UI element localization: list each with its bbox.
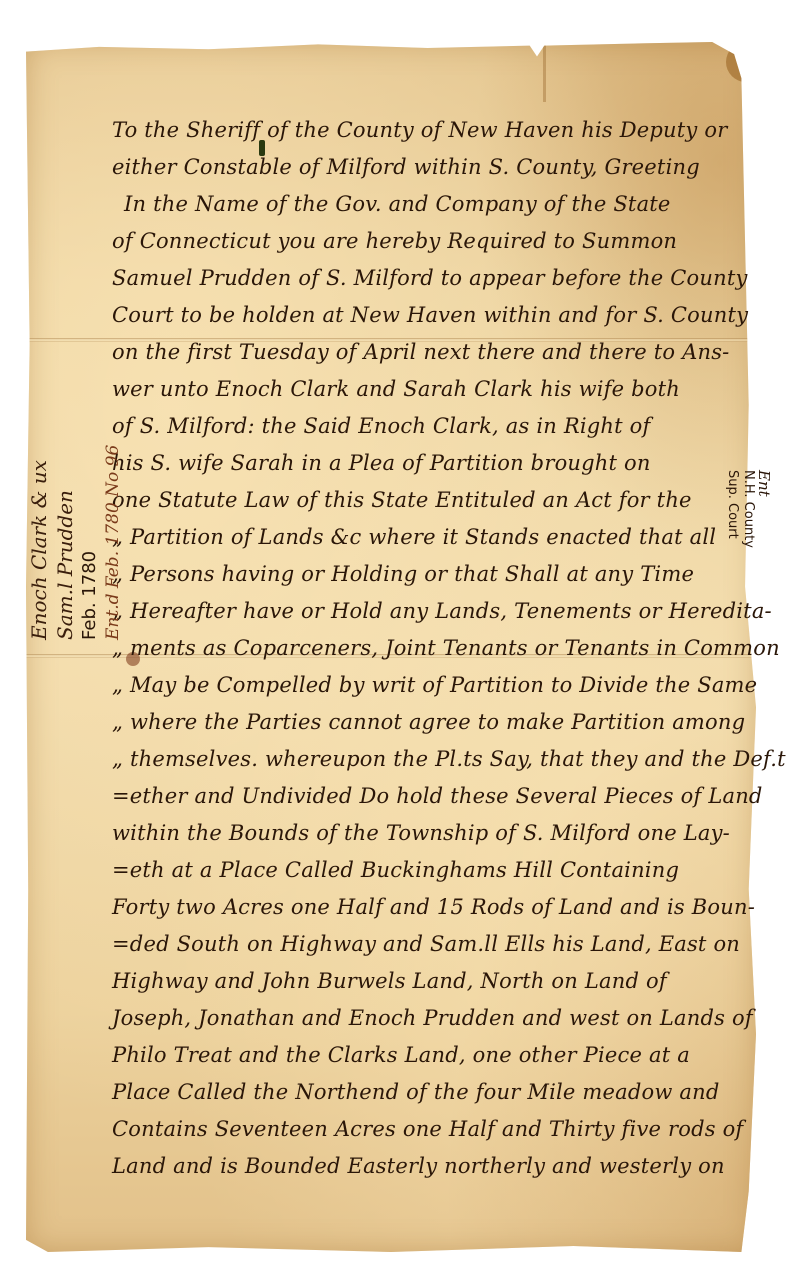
text-line: Joseph, Jonathan and Enoch Prudden and w… (112, 1000, 752, 1037)
right-note-court: Sup. Court (724, 470, 740, 650)
text-line: „ Persons having or Holding or that Shal… (112, 556, 752, 593)
text-line: Place Called the Northend of the four Mi… (112, 1074, 752, 1111)
right-margin-note: Ent N.H. County Sup. Court (732, 470, 772, 650)
text-line: =ded South on Highway and Sam.ll Ells hi… (112, 926, 752, 963)
document-body: To the Sheriff of the County of New Have… (112, 112, 752, 1185)
right-note-entered: Ent (756, 470, 772, 650)
text-line: „ where the Parties cannot agree to make… (112, 704, 752, 741)
text-line: „ Hereafter have or Hold any Lands, Tene… (112, 593, 752, 630)
text-line: „ ments as Coparceners, Joint Tenants or… (112, 630, 752, 667)
text-line: To the Sheriff of the County of New Have… (112, 112, 752, 149)
text-line: Samuel Prudden of S. Milford to appear b… (112, 260, 752, 297)
text-line: one Statute Law of this State Entituled … (112, 482, 752, 519)
corner-stain (726, 42, 766, 82)
text-line: of S. Milford: the Said Enoch Clark, as … (112, 408, 752, 445)
edge-tear (543, 42, 546, 102)
docket-defendant: Sam.l Prudden (52, 380, 78, 640)
docket-entry: Ent.d Feb. 1780 No 96 (102, 380, 124, 640)
text-line: of Connecticut you are hereby Required t… (112, 223, 752, 260)
text-line: within the Bounds of the Township of S. … (112, 815, 752, 852)
text-line: Contains Seventeen Acres one Half and Th… (112, 1111, 752, 1148)
text-line: =eth at a Place Called Buckinghams Hill … (112, 852, 752, 889)
text-line: In the Name of the Gov. and Company of t… (112, 186, 752, 223)
docket-plaintiff: Enoch Clark & ux (26, 380, 52, 640)
right-note-county: N.H. County (740, 470, 756, 650)
text-line: „ Partition of Lands &c where it Stands … (112, 519, 752, 556)
docket-date: Feb. 1780 (78, 380, 102, 640)
text-line: Land and is Bounded Easterly northerly a… (112, 1148, 752, 1185)
text-line: Highway and John Burwels Land, North on … (112, 963, 752, 1000)
text-line: on the first Tuesday of April next there… (112, 334, 752, 371)
text-line: either Constable of Milford within S. Co… (112, 149, 752, 186)
text-line: =ether and Undivided Do hold these Sever… (112, 778, 752, 815)
text-line: wer unto Enoch Clark and Sarah Clark his… (112, 371, 752, 408)
text-line: Philo Treat and the Clarks Land, one oth… (112, 1037, 752, 1074)
text-line: Court to be holden at New Haven within a… (112, 297, 752, 334)
text-line: his S. wife Sarah in a Plea of Partition… (112, 445, 752, 482)
text-line: „ May be Compelled by writ of Partition … (112, 667, 752, 704)
text-line: „ themselves. whereupon the Pl.ts Say, t… (112, 741, 752, 778)
text-line: Forty two Acres one Half and 15 Rods of … (112, 889, 752, 926)
left-margin-docket: Enoch Clark & ux Sam.l Prudden Feb. 1780… (26, 380, 136, 640)
